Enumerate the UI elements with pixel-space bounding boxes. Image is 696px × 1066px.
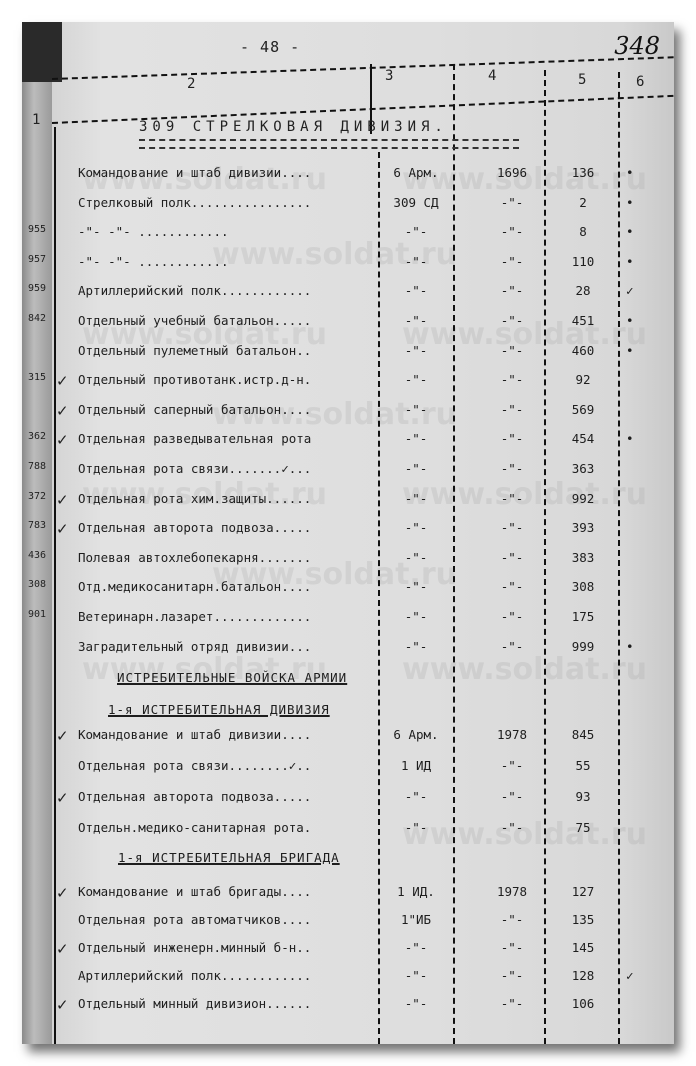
margin-number: 783 <box>28 520 46 531</box>
subordination-cell: 1 ИД. <box>380 884 452 899</box>
table-row: Отдельный пулеметный батальон..-"--"-460… <box>22 343 674 367</box>
order-number-cell: -"- <box>462 758 562 773</box>
table-row: Заградительный отряд дивизии...-"--"-999… <box>22 639 674 663</box>
table-row: Командование и штаб дивизии....6 Арм.169… <box>22 165 674 189</box>
check-mark-icon: ✓ <box>56 996 69 1014</box>
subordination-cell: -"- <box>380 431 452 446</box>
order-number-cell: -"- <box>462 224 562 239</box>
scan-corner-shadow <box>22 22 62 82</box>
unit-name: Отдельная рота связи........✓.. <box>78 758 311 773</box>
unit-name: Отдельный инженерн.минный б-н.. <box>78 940 311 955</box>
unit-name: Отд.медикосанитарн.батальон.... <box>78 579 311 594</box>
table-row: 957 -"- -"- ............-"--"-110• <box>22 254 674 278</box>
subordination-cell: -"- <box>380 609 452 624</box>
subordination-cell: -"- <box>380 402 452 417</box>
unit-name: Командование и штаб бригады.... <box>78 884 311 899</box>
check-mark-icon: ✓ <box>56 431 69 449</box>
margin-number: 436 <box>28 550 46 561</box>
table-row: 842Отдельный учебный батальон.....-"--"-… <box>22 313 674 337</box>
unit-number-cell: 92 <box>548 372 618 387</box>
unit-name: Отдельная авторота подвоза..... <box>78 520 311 535</box>
subordination-cell: -"- <box>380 820 452 835</box>
unit-number-cell: 175 <box>548 609 618 624</box>
table-row: 362✓Отдельная разведывательная рота-"--"… <box>22 431 674 455</box>
column-number-5: 5 <box>578 72 586 88</box>
check-mark-icon: ✓ <box>56 402 69 420</box>
subordination-cell: -"- <box>380 372 452 387</box>
unit-name: Заградительный отряд дивизии... <box>78 639 311 654</box>
order-number-cell: -"- <box>462 431 562 446</box>
order-number-cell: -"- <box>462 609 562 624</box>
document-page: www.soldat.ru www.soldat.ru www.soldat.r… <box>22 22 674 1044</box>
note-cell: ✓ <box>626 968 634 983</box>
note-cell: • <box>626 431 634 446</box>
subordination-cell: 6 Арм. <box>380 727 452 742</box>
unit-name: Командование и штаб дивизии.... <box>78 727 311 742</box>
subordination-cell: -"- <box>380 940 452 955</box>
note-cell: • <box>626 254 634 269</box>
title-double-underline <box>139 139 519 149</box>
table-row: 436Полевая автохлебопекарня.......-"--"-… <box>22 550 674 574</box>
unit-name: Отдельный саперный батальон.... <box>78 402 311 417</box>
order-number-cell: -"- <box>462 195 562 210</box>
order-number-cell: -"- <box>462 283 562 298</box>
order-number-cell: -"- <box>462 579 562 594</box>
column-number-4: 4 <box>488 68 496 84</box>
note-cell: • <box>626 195 634 210</box>
unit-name: Отдельный противотанк.истр.д-н. <box>78 372 311 387</box>
subordination-cell: -"- <box>380 639 452 654</box>
check-mark-icon: ✓ <box>56 727 69 745</box>
subordination-cell: -"- <box>380 313 452 328</box>
subordination-cell: -"- <box>380 996 452 1011</box>
check-mark-icon: ✓ <box>56 372 69 390</box>
unit-number-cell: 8 <box>548 224 618 239</box>
unit-number-cell: 93 <box>548 789 618 804</box>
order-number-cell: -"- <box>462 313 562 328</box>
unit-number-cell: 136 <box>548 165 618 180</box>
page-number: - 48 - <box>240 38 300 56</box>
order-number-cell: -"- <box>462 789 562 804</box>
order-number-cell: -"- <box>462 550 562 565</box>
archive-sheet-number: 348 <box>614 32 660 60</box>
subordination-cell: -"- <box>380 461 452 476</box>
table-row: Отдельная рота автоматчиков....1"ИБ-"-13… <box>22 912 674 936</box>
column-number-1: 1 <box>32 112 40 128</box>
unit-name: Отдельная рота связи.......✓... <box>78 461 311 476</box>
table-row: Отдельн.медико-санитарная рота.-"--"-75 <box>22 820 674 844</box>
note-cell: • <box>626 165 634 180</box>
table-row: 308Отд.медикосанитарн.батальон....-"--"-… <box>22 579 674 603</box>
section-title-1st-fighter-division: 1-я ИСТРЕБИТЕЛЬНАЯ ДИВИЗИЯ <box>108 702 330 717</box>
table-row: ✓Командование и штаб бригады....1 ИД.197… <box>22 884 674 908</box>
unit-number-cell: 999 <box>548 639 618 654</box>
unit-number-cell: 145 <box>548 940 618 955</box>
unit-number-cell: 128 <box>548 968 618 983</box>
subordination-cell: -"- <box>380 283 452 298</box>
unit-number-cell: 383 <box>548 550 618 565</box>
order-number-cell: -"- <box>462 402 562 417</box>
note-cell: • <box>626 224 634 239</box>
table-row: 788Отдельная рота связи.......✓...-"--"-… <box>22 461 674 485</box>
order-number-cell: -"- <box>462 820 562 835</box>
table-row: 315✓Отдельный противотанк.истр.д-н.-"--"… <box>22 372 674 396</box>
unit-number-cell: 55 <box>548 758 618 773</box>
check-mark-icon: ✓ <box>56 491 69 509</box>
unit-name: Стрелковый полк................ <box>78 195 311 210</box>
subordination-cell: -"- <box>380 520 452 535</box>
order-number-cell: -"- <box>462 372 562 387</box>
table-row: Отдельная рота связи........✓..1 ИД-"-55 <box>22 758 674 782</box>
unit-number-cell: 2 <box>548 195 618 210</box>
table-row: 901Ветеринарн.лазарет.............-"--"-… <box>22 609 674 633</box>
order-number-cell: 1978 <box>462 727 562 742</box>
margin-number: 901 <box>28 609 46 620</box>
unit-name: Артиллерийский полк............ <box>78 968 311 983</box>
unit-name: Отдельн.медико-санитарная рота. <box>78 820 311 835</box>
note-cell: ✓ <box>626 283 634 298</box>
unit-number-cell: 127 <box>548 884 618 899</box>
unit-number-cell: 135 <box>548 912 618 927</box>
margin-number: 372 <box>28 491 46 502</box>
margin-number: 315 <box>28 372 46 383</box>
subordination-cell: -"- <box>380 343 452 358</box>
order-number-cell: -"- <box>462 254 562 269</box>
table-row: ✓Отдельный саперный батальон....-"--"-56… <box>22 402 674 426</box>
unit-number-cell: 460 <box>548 343 618 358</box>
table-row: 959Артиллерийский полк............-"--"-… <box>22 283 674 307</box>
table-row: ✓Отдельный инженерн.минный б-н..-"--"-14… <box>22 940 674 964</box>
unit-number-cell: 992 <box>548 491 618 506</box>
order-number-cell: 1696 <box>462 165 562 180</box>
subordination-cell: 6 Арм. <box>380 165 452 180</box>
subordination-cell: 1 ИД <box>380 758 452 773</box>
unit-name: Отдельная разведывательная рота <box>78 431 311 446</box>
subordination-cell: -"- <box>380 789 452 804</box>
subordination-cell: -"- <box>380 579 452 594</box>
unit-name: Отдельная авторота подвоза..... <box>78 789 311 804</box>
order-number-cell: -"- <box>462 996 562 1011</box>
section-title-army-fighter-troops: ИСТРЕБИТЕЛЬНЫЕ ВОЙСКА АРМИИ <box>117 670 347 685</box>
order-number-cell: -"- <box>462 940 562 955</box>
order-number-cell: -"- <box>462 639 562 654</box>
unit-name: Отдельный учебный батальон..... <box>78 313 311 328</box>
subordination-cell: -"- <box>380 491 452 506</box>
margin-number: 362 <box>28 431 46 442</box>
unit-number-cell: 393 <box>548 520 618 535</box>
unit-name: Отдельная рота хим.защиты...... <box>78 491 311 506</box>
order-number-cell: -"- <box>462 343 562 358</box>
table-row: ✓Отдельный минный дивизион......-"--"-10… <box>22 996 674 1020</box>
table-row: Артиллерийский полк............-"--"-128… <box>22 968 674 992</box>
unit-name: Полевая автохлебопекарня....... <box>78 550 311 565</box>
unit-number-cell: 454 <box>548 431 618 446</box>
margin-number: 957 <box>28 254 46 265</box>
order-number-cell: -"- <box>462 520 562 535</box>
table-row: 372✓Отдельная рота хим.защиты......-"--"… <box>22 491 674 515</box>
column-number-3: 3 <box>385 68 393 84</box>
unit-name: Командование и штаб дивизии.... <box>78 165 311 180</box>
table-row: 783✓Отдельная авторота подвоза.....-"--"… <box>22 520 674 544</box>
unit-number-cell: 451 <box>548 313 618 328</box>
unit-name: Артиллерийский полк............ <box>78 283 311 298</box>
order-number-cell: -"- <box>462 491 562 506</box>
column-number-6: 6 <box>636 74 644 90</box>
note-cell: • <box>626 313 634 328</box>
table-row: 955 -"- -"- ............-"--"-8• <box>22 224 674 248</box>
unit-name: Ветеринарн.лазарет............. <box>78 609 311 624</box>
unit-number-cell: 569 <box>548 402 618 417</box>
order-number-cell: -"- <box>462 912 562 927</box>
margin-number: 955 <box>28 224 46 235</box>
subordination-cell: -"- <box>380 254 452 269</box>
order-number-cell: -"- <box>462 968 562 983</box>
check-mark-icon: ✓ <box>56 520 69 538</box>
subordination-cell: 309 СД <box>380 195 452 210</box>
subordination-cell: 1"ИБ <box>380 912 452 927</box>
note-cell: • <box>626 343 634 358</box>
order-number-cell: -"- <box>462 461 562 476</box>
unit-number-cell: 110 <box>548 254 618 269</box>
column-number-2: 2 <box>187 76 195 92</box>
section-title-1st-fighter-brigade: 1-я ИСТРЕБИТЕЛЬНАЯ БРИГАДА <box>118 850 340 865</box>
unit-name: -"- -"- ............ <box>78 224 229 239</box>
check-mark-icon: ✓ <box>56 940 69 958</box>
unit-name: Отдельная рота автоматчиков.... <box>78 912 311 927</box>
unit-number-cell: 106 <box>548 996 618 1011</box>
unit-name: Отдельный минный дивизион...... <box>78 996 311 1011</box>
unit-number-cell: 75 <box>548 820 618 835</box>
table-row: ✓Командование и штаб дивизии....6 Арм.19… <box>22 727 674 751</box>
unit-number-cell: 845 <box>548 727 618 742</box>
subordination-cell: -"- <box>380 224 452 239</box>
note-cell: • <box>626 639 634 654</box>
table-row: ✓Отдельная авторота подвоза.....-"--"-93 <box>22 789 674 813</box>
subordination-cell: -"- <box>380 968 452 983</box>
margin-number: 959 <box>28 283 46 294</box>
table-row: Стрелковый полк................309 СД-"-… <box>22 195 674 219</box>
unit-name: Отдельный пулеметный батальон.. <box>78 343 311 358</box>
subordination-cell: -"- <box>380 550 452 565</box>
margin-number: 788 <box>28 461 46 472</box>
unit-number-cell: 363 <box>548 461 618 476</box>
margin-number: 308 <box>28 579 46 590</box>
unit-number-cell: 28 <box>548 283 618 298</box>
section-title-309-rifle-division: 309 СТРЕЛКОВАЯ ДИВИЗИЯ. <box>139 119 448 135</box>
order-number-cell: 1978 <box>462 884 562 899</box>
check-mark-icon: ✓ <box>56 884 69 902</box>
check-mark-icon: ✓ <box>56 789 69 807</box>
unit-name: -"- -"- ............ <box>78 254 229 269</box>
unit-number-cell: 308 <box>548 579 618 594</box>
margin-number: 842 <box>28 313 46 324</box>
